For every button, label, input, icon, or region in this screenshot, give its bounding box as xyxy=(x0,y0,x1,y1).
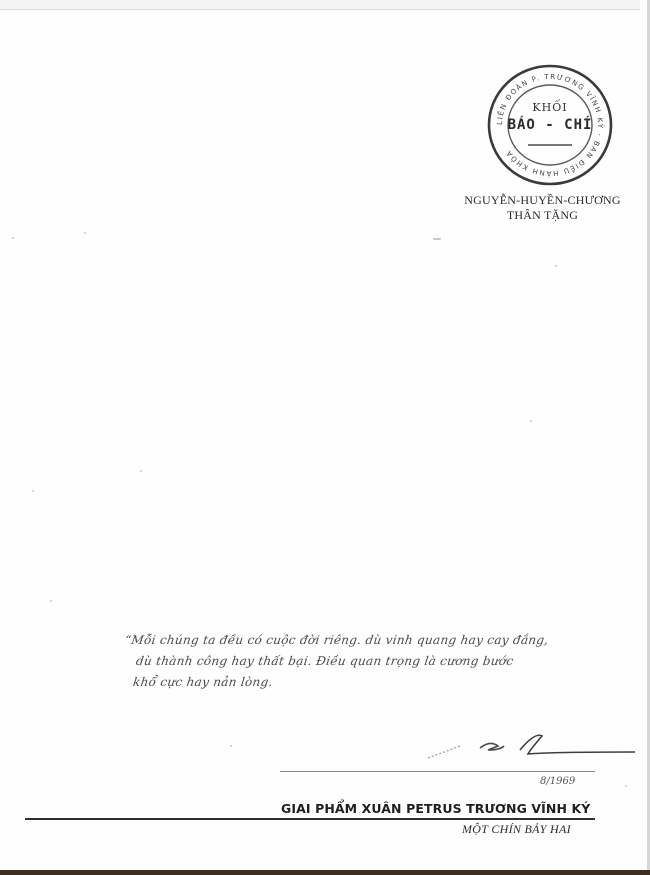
club-stamp: LIÊN ĐOÀN P. TRƯƠNG VĨNH KÝ · BAN ĐIỀU H… xyxy=(486,63,614,187)
signature-rule xyxy=(280,771,595,772)
quote-line: “Mỗi chúng ta đều có cuộc đời riêng. dù … xyxy=(123,630,650,651)
publication-rule xyxy=(25,818,595,820)
document-page: LIÊN ĐOÀN P. TRƯƠNG VĨNH KÝ · BAN ĐIỀU H… xyxy=(0,0,650,875)
scan-speck xyxy=(625,785,627,787)
donor-name: NGUYỄN-HUYỀN-CHƯƠNG xyxy=(455,193,630,208)
signature-scribble-icon xyxy=(420,728,640,768)
publication-subtitle: MỘT CHÍN BẢY HAI xyxy=(462,822,571,837)
scan-speck xyxy=(12,237,14,239)
scan-speck xyxy=(32,490,34,492)
scan-speck xyxy=(530,420,532,422)
quote-line: khổ cực hay nản lòng. xyxy=(118,672,649,693)
scan-speck xyxy=(50,600,52,602)
scan-speck xyxy=(555,265,557,267)
scan-speck xyxy=(140,470,142,472)
quote-line: dù thành công hay thất bại. Điều quan tr… xyxy=(121,651,650,672)
scan-speck xyxy=(84,232,86,234)
handwritten-quote: “Mỗi chúng ta đều có cuộc đời riêng. dù … xyxy=(118,630,650,693)
scan-speck xyxy=(230,745,232,747)
donor-block: NGUYỄN-HUYỀN-CHƯƠNG THÂN TẶNG xyxy=(455,193,630,223)
signature xyxy=(420,728,640,768)
scan-bottom-edge xyxy=(0,870,650,875)
scan-top-edge xyxy=(0,0,640,10)
donor-note: THÂN TẶNG xyxy=(455,208,630,223)
scan-speck xyxy=(433,238,441,240)
publication-title: GIAI PHẨM XUÂN PETRUS TRƯƠNG VĨNH KÝ xyxy=(281,801,590,816)
signature-date: 8/1969 xyxy=(540,776,575,787)
stamp-label-main: BÁO - CHÍ xyxy=(486,117,614,133)
stamp-label-top: KHỐI xyxy=(486,101,614,114)
